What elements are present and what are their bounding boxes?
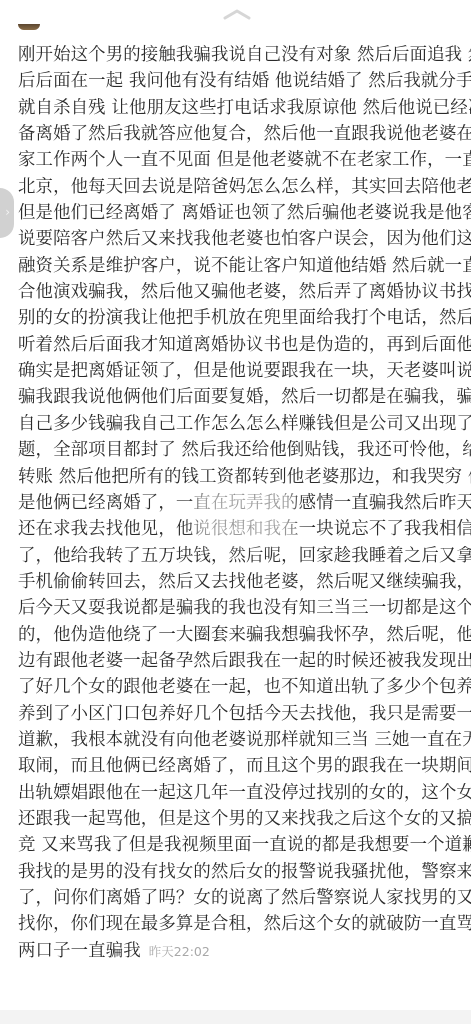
message-line: 两口子一直骗我 [18, 941, 141, 961]
message-line: 别的女的扮演我让他把手机放在兜里面给我打个电话，然后我 [18, 305, 458, 331]
message-line: 竞 又来骂我了但是我视频里面一直说的都是我想要一个道歉， [18, 832, 458, 858]
chevron-right-icon: › [5, 205, 10, 219]
message-line: 家工作两个人一直不见面 但是他老婆就不在老家工作，一直在 [18, 147, 458, 173]
message-line: 确实是把离婚证领了，但是他说要跟我在一块，天老婆叫说他 [18, 358, 458, 384]
message-line: 养到了小区门口包养好几个包括今天去找他，我只是需要一个 [18, 701, 458, 727]
message-line: 骗我跟我说他俩他们后面要复婚，然后一切都是在骗我，骗我 [18, 384, 458, 410]
timestamp: 昨天22:02 [149, 944, 210, 959]
message-line: 后后面在一起 我问他有没有结婚 他说结婚了 然后我就分手他 [18, 68, 458, 94]
side-nav-button[interactable]: › [0, 188, 14, 238]
message-line: 了好几个女的跟他老婆在一起，也不知道出轨了多少个包养包 [18, 674, 458, 700]
message-line: 手机偷偷转回去，然后又去找他老婆，然后呢又继续骗我，然 [18, 569, 458, 595]
message-line: 道歉，我根本就没有向他老婆说那样就知三当 三她一直在无理 [18, 727, 458, 753]
message-line: 题，全部项目都封了 然后我还给他倒贴钱，我还可怜他，给他 [18, 437, 458, 463]
blurred-region [195, 487, 295, 545]
message-line: 了，他给我转了五万块钱，然后呢，回家趁我睡着之后又拿我 [18, 543, 458, 569]
message-line: 取闹，而且他俩已经离婚了，而且这个男的跟我在一块期间还 [18, 753, 458, 779]
chevron-up-icon [222, 7, 252, 21]
message-line: 了，问你们离婚了吗？女的说离了然后警察说人家找男的又没 [18, 885, 458, 911]
message-line: 转账 然后他把所有的钱工资都转到他老婆那边，和我哭穷 但 [18, 464, 458, 490]
message-line-last: 两口子一直骗我昨天22:02 [18, 938, 458, 964]
message-line: 融资关系是维护客户，说不能让客户知道他结婚 然后就一直配 [18, 253, 458, 279]
avatar[interactable] [18, 24, 40, 30]
message-line: 北京，他每天回去说是陪爸妈怎么怎么样，其实回去陪他老婆 [18, 174, 458, 200]
message-line: 我找的是男的没有找女的然后女的报警说我骚扰他，警察来 [18, 859, 458, 885]
message-line: 边有跟他老婆一起备孕然后跟我在一起的时候还被我发现出门 [18, 648, 458, 674]
message-line: 自己多少钱骗我自己工作怎么怎么样赚钱但是公司又出现了问 [18, 411, 458, 437]
bottom-divider [0, 1010, 471, 1024]
message-line: 的，他伪造他绕了一大圈套来骗我想骗我怀孕，然后呢，他那 [18, 622, 458, 648]
message-line: 找你，你们现在最多算是合租，然后这个女的就破防一直骂我 [18, 911, 458, 937]
message-line: 但是他们已经离婚了 离婚证也领了然后骗他老婆说我是他客户 [18, 200, 458, 226]
message-line: 听着然后后面我才知道离婚协议书也是伪造的，再到后面他俩 [18, 332, 458, 358]
message-line: 刚开始这个男的接触我骗我说自己没有对象 然后后面追我 然 [18, 42, 458, 68]
message-line: 还跟我一起骂他，但是这个男的又来找我之后这个女的又搞雌 [18, 806, 458, 832]
message-line: 后今天又耍我说都是骗我的我也没有知三当三一切都是这个男 [18, 595, 458, 621]
message-line: 出轨嫖娼跟他在一起这几年一直没停过找别的女的，这个女的 [18, 780, 458, 806]
message-line: 就自杀自残 让他朋友这些打电话求我原谅他 然后他说已经准 [18, 95, 458, 121]
message-line: 合他演戏骗我，然后他又骗他老婆，然后弄了离婚协议书找到 [18, 279, 458, 305]
message-line: 说要陪客户然后又来找我他老婆也怕客户误会，因为他们这个 [18, 226, 458, 252]
collapse-handle[interactable] [222, 6, 252, 20]
message-line: 备离婚了然后我就答应他复合，然后他一直跟我说他老婆在老 [18, 121, 458, 147]
